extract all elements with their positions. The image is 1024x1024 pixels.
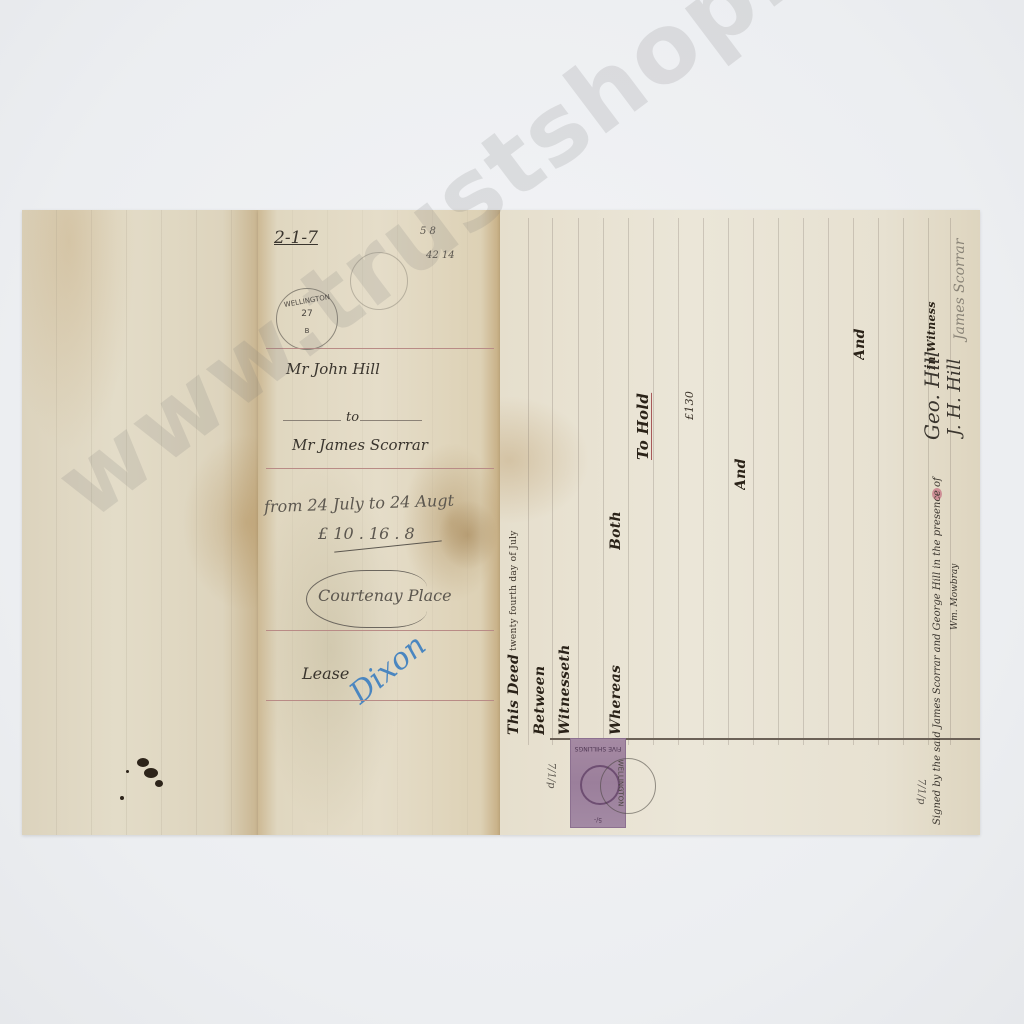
deed-keyword: And	[733, 458, 749, 490]
deed-line	[578, 218, 579, 745]
deed-line	[728, 218, 729, 745]
deed-both: Both	[608, 230, 624, 550]
deed-line	[878, 218, 879, 745]
docket-rule	[266, 630, 494, 631]
deed-line	[753, 218, 754, 745]
deed-sum: £130	[683, 360, 696, 420]
deed-keyword: Whereas	[608, 665, 624, 735]
postmark-city: WELLINGTON	[277, 292, 337, 310]
deed-keyword: Both	[608, 511, 624, 550]
stamp-postmark: WELLINGTON	[600, 758, 656, 814]
deed-line	[853, 218, 854, 745]
ink-spot	[137, 758, 149, 767]
left-blank-panel	[22, 210, 258, 835]
docket-rule	[266, 348, 494, 349]
deed-and: And	[733, 430, 749, 490]
document-type-label: Lease	[302, 664, 349, 683]
deed-line	[603, 218, 604, 745]
water-stain	[438, 500, 498, 570]
deed-to-hold: To Hold	[634, 340, 652, 460]
deed-line	[703, 218, 704, 745]
deed-opening-word: This Deed	[506, 654, 522, 735]
lease-document: 2-1-7 5 8 42 14 WELLINGTON 27 B Mr John …	[22, 210, 980, 835]
to-line-right	[360, 420, 422, 421]
address-note: Courtenay Place	[318, 586, 452, 605]
deed-panel: This Deed twenty fourth day of July Betw…	[500, 210, 980, 835]
deed-sum-value: £130	[683, 391, 696, 420]
deed-and-2: And	[852, 300, 868, 360]
signature-hill: Geo. Hill	[920, 351, 944, 440]
deed-line	[828, 218, 829, 745]
deed-witnesseth: Witnesseth	[557, 230, 573, 735]
stamp-postmark-city: WELLINGTON	[616, 760, 624, 807]
deed-line	[528, 218, 529, 745]
docket-rule	[266, 468, 494, 469]
docket-number: 2-1-7	[274, 228, 318, 248]
docket-rule	[266, 700, 494, 701]
stamp-label-bottom: 5/-	[571, 816, 625, 823]
ink-spot	[120, 796, 124, 800]
lessor-name: Mr John Hill	[286, 360, 380, 378]
postmark-faint	[350, 252, 408, 310]
deed-line	[903, 218, 904, 745]
ruled-lines	[22, 210, 258, 835]
deed-keyword: Witnesseth	[557, 644, 573, 735]
corner-note: 5 8	[420, 226, 436, 237]
signature-scorrar: James Scorrar	[952, 239, 968, 340]
ink-spot	[144, 768, 158, 778]
postmark-date: 27	[277, 309, 337, 319]
deed-keyword: To Hold	[634, 393, 652, 460]
deed-keyword: Between	[532, 666, 548, 735]
deed-line	[628, 218, 629, 745]
deed-line	[803, 218, 804, 745]
deed-keyword: And	[852, 328, 868, 360]
postmark-wellington: WELLINGTON 27 B	[276, 288, 338, 350]
lessee-name: Mr James Scorrar	[292, 436, 428, 454]
to-word: to	[346, 410, 359, 425]
margin-note-right: 7/1/p	[915, 779, 926, 805]
signature-hill-initials: J. H. Hill	[944, 359, 965, 436]
corner-note: 42 14	[426, 250, 455, 261]
deed-line	[653, 218, 654, 745]
attestation-clause: Signed by the said James Scorrar and Geo…	[932, 477, 943, 825]
ink-spot	[126, 770, 129, 773]
ink-spot	[155, 780, 163, 787]
deed-opening: This Deed twenty fourth day of July	[506, 230, 522, 735]
deed-line	[950, 218, 951, 745]
margin-note: 7/1/p	[545, 763, 556, 789]
to-line-left	[283, 420, 341, 421]
witness-signature: Wm. Mowbray	[950, 564, 960, 630]
postmark-letter: B	[277, 327, 337, 335]
lease-amount: £ 10 . 16 . 8	[318, 524, 415, 543]
deed-line	[552, 218, 553, 745]
deed-line	[678, 218, 679, 745]
stamp-label-top: FIVE SHILLINGS	[571, 745, 625, 752]
docket-panel: 2-1-7 5 8 42 14 WELLINGTON 27 B Mr John …	[258, 210, 500, 835]
deed-between: Between	[532, 230, 548, 735]
deed-date: twenty fourth day of July	[509, 530, 519, 651]
deed-line	[778, 218, 779, 745]
